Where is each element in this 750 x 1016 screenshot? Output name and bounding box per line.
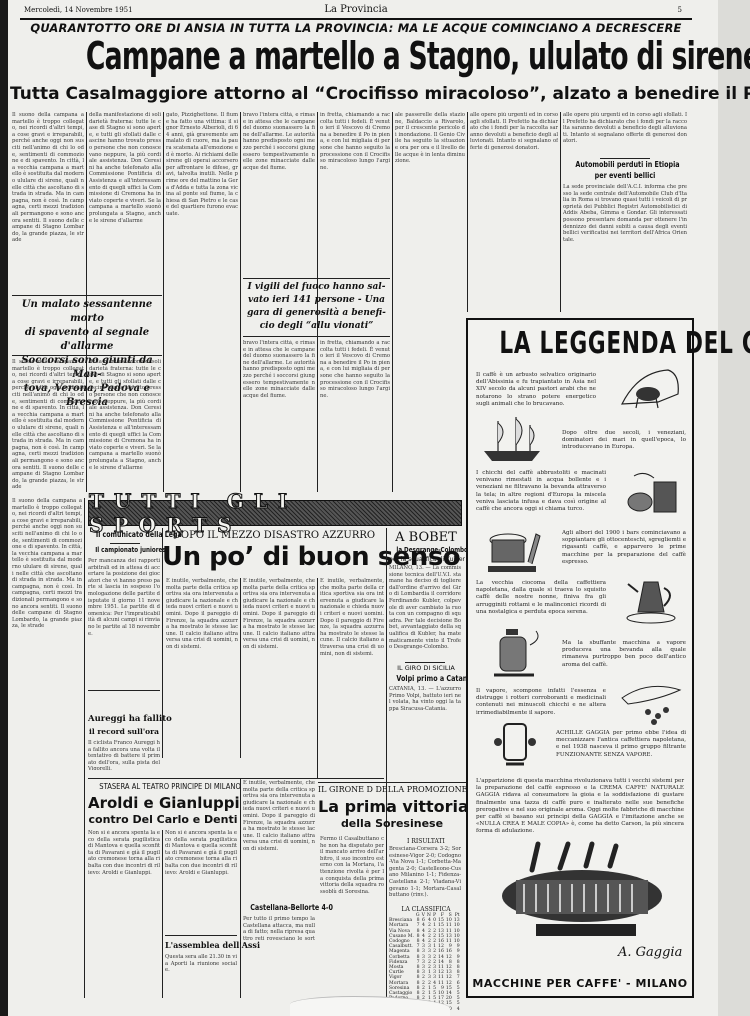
giro-headline: Volpi primo a Catania [396,674,455,683]
table-row: Vigor823311127 [388,975,461,980]
box-malato-line: Un malato sessantenne morto [12,298,162,326]
table-cell: 10 [453,923,461,928]
column-rule [467,112,468,312]
box-vigili-line: cio degli “allu vionati” [243,320,390,333]
goat-icon [618,364,684,412]
coffee-advertisement: LA LEGGENDA DEL CAFFE' Il caffè è un arb… [466,318,694,998]
table-cell: 4 [453,1007,461,1012]
vigili-text-1: bravo l'intera città, e rimase in attesa… [243,340,315,495]
column-rule [84,498,85,998]
box-malato-line: di spavento al segnale d'allarme [12,326,162,354]
column-rule [240,778,241,998]
box-rule [12,295,162,296]
column-rule [317,578,318,778]
promozione-text: Fermo il Casalbuttano che non ha disputa… [320,836,384,996]
box-rule [243,336,390,337]
ad-paragraph: Il vapore, scompone infatti l'essenza e … [476,688,606,717]
castellana-text: Per tutto il primo tempo la Castellana a… [243,916,315,996]
divider [88,690,160,691]
beans-icon [618,680,684,726]
ad-footer: MACCHINE PER CAFFE' - MILANO [468,977,692,990]
buon-senso-text-1: È inutile, verbalmente, che molta parte … [166,578,238,756]
aureggi-text: Il ciclista Franco Aureggi ha fallito an… [88,740,160,770]
gaggia-group-icon [490,720,540,770]
lega-text: Per mancanza dei rapporti arbitrali ed i… [88,558,160,688]
lega-subheading: Il campionato juniores [95,546,153,554]
front-kicker: QUARANTOTTO ORE DI ANSIA IN TUTTA LA PRO… [20,21,692,35]
article-column-7: alle opere più urgenti ed in corso agli … [470,112,558,312]
box-rule [243,278,390,279]
box-rule [12,355,162,356]
vigili-text-2: in fretta, chiamando a raccolta tutti i … [320,340,390,495]
teatro-headline-2: contro Del Carlo e Denti [88,813,238,826]
article-column-4: bravo l'intera città, e rimase in attesa… [243,112,315,272]
automobili-text: La sede provinciale dell'A.C.I. informa … [563,184,687,314]
column-rule [162,830,163,998]
divider [318,782,466,783]
automobili-headline-2: per eventi bellici [575,171,674,180]
espresso-machine-icon [496,840,666,950]
ad-paragraph: Agli albori del 1900 i bars cominciavano… [562,530,686,566]
ad-paragraph: La vecchia ciocoma della caffettiera nap… [476,580,606,616]
risultati-title: I RISULTATI [389,838,463,845]
table-cell: 15 [437,923,445,928]
ad-paragraph: I chicchi del caffè abbrustoliti e macin… [476,470,606,513]
column-rule [560,112,561,312]
divider [88,778,384,779]
continuation-column: Il suono della campana a martello è trop… [12,498,82,998]
article-column-1: Il suono della campana a martello è trop… [12,112,84,264]
ad-paragraph: Ma la sbuffante macchina a vapore produc… [562,640,686,669]
front-subhead: Tutta Casalmaggiore attorno al “Crocifis… [10,84,700,104]
aureggi-headline-2: il record sull'ora [88,727,160,736]
teatro-text-2: Non si è ancora spenta la eco della sera… [165,830,237,930]
divider [405,662,445,663]
lega-heading: Il comunicato della Lega [96,530,152,539]
ad-paragraph: L'apparizione di questa macchina rivoluz… [476,778,684,836]
bobet-headline: A BOBET [389,530,463,545]
ad-title: LA LEGGENDA DEL CAFFE' [499,326,660,361]
gaggia-signature: A. Gaggia [618,945,682,960]
box-vigili-line: I vigili del fuoco hanno sal- [243,281,390,294]
bobet-sub1: la Desgrange-Colombo [396,546,455,554]
ad-paragraph: Dopo oltre due secoli, i veneziani, domi… [562,430,686,452]
front-headline: Campane a martello a Stagno, ululato di … [86,36,624,76]
column-rule [163,112,164,492]
table-row: Mortara7421151110 [388,923,461,928]
masthead: Mercoledì, 14 Novembre 1951 La Provincia… [20,6,692,20]
table-cell: 12 [445,975,453,980]
cup-icon [624,470,684,518]
coffee-machine-old-icon [484,522,544,578]
divider [165,935,237,936]
malato-text-2: della manifestazione di solidarietà frat… [89,359,161,494]
column-rule [240,112,241,492]
castellana-headline: Castellana-Bellorte 4-0 [250,903,308,912]
buon-senso-headline: Un po’ di buon senso [162,542,386,572]
risultati-text: Bresciana-Corsera 3-2; Soresinese-Vigor … [389,846,461,906]
table-cell: 11 [437,975,445,980]
teatro-kicker: STASERA AL TEATRO PRINCIPE DI MILANO [99,782,227,791]
table-row: Magenta833216169 [388,949,461,954]
ad-paragraph: Il caffè è un arbusto selvatico originar… [476,372,596,408]
divider [600,158,650,159]
bobet-sub2: per la squalifica di Kubler [389,556,463,563]
box-vigili-line: gara di generosità a benefi- [243,307,390,320]
box-vigili-line: vato ieri 141 persone - Una [243,294,390,307]
buon-senso-text-2: È inutile, verbalmente, che molta parte … [243,578,315,756]
box-vigili: I vigili del fuoco hanno sal- vato ieri … [243,281,390,333]
table-cell: 16 [437,949,445,954]
column-rule [240,578,241,758]
teatro-text-1: Non si è ancora spenta la eco della sera… [88,830,160,998]
article-column-5: in fretta, chiamando a raccolta tutti i … [320,112,390,272]
page-number: 5 [678,6,682,14]
steam-machine-icon [488,625,544,685]
automobili-headline: Automobili perduti in Etiopia [575,160,674,169]
buon-senso-kicker: DOPO IL MEZZO DISASTRO AZZURRO [165,530,383,541]
promozione-kicker: IL GIRONE D DELLA PROMOZIONE [318,785,466,794]
giro-kicker: IL GIRO DI SICILIA [389,664,463,672]
divider [110,543,140,544]
giro-text: CATANIA, 13. — L'azzurro Primo Volpi, ba… [389,686,461,778]
article-column-2: della manifestazione di solidarietà frat… [89,112,161,264]
article-column-6: ale passerelle della stazione, Baldaccio… [395,112,465,492]
ship-icon [478,415,548,465]
buon-senso-text-3: È inutile, verbalmente, che molta parte … [320,578,384,778]
automobili-intro: alle opere più urgenti ed in corso agli … [563,112,687,154]
classifica-title: LA CLASSIFICA [389,906,463,913]
aureggi-headline: Aureggi ha fallito [88,714,160,724]
assemblea-text: Questa sera alle 21.30 in via Aporti la … [165,954,237,994]
paper-margin [718,0,750,1016]
teatro-headline: Aroldi e Gianluppi [88,794,238,812]
promozione-headline-2: della Soresinese [318,817,466,830]
column-rule [386,528,387,998]
malato-text-1: Il suono della campana a martello è trop… [12,359,84,494]
page-edge-shadow [0,0,8,1016]
assemblea-headline: L'assemblea dell'Assi [165,940,237,950]
article-column-3: gato, Pizzighettone. Il fiume ha fatto u… [166,112,238,492]
castellana-pre-text: È inutile, verbalmente, che molta parte … [243,780,315,880]
ad-paragraph: ACHILLE GAGGIA per primo ebbe l'idea di … [556,730,686,759]
table-cell: 16 [445,949,453,954]
sports-banner: TUTTI GLI SPORTS [88,500,462,526]
bobet-text: MILANO, 13. — La commissione tecnica del… [389,565,461,660]
pot-icon [624,572,680,628]
newspaper-name: La Provincia [20,4,692,15]
table-cell: 11 [445,923,453,928]
promozione-headline: La prima vittoria [318,797,466,816]
column-rule [392,112,393,492]
